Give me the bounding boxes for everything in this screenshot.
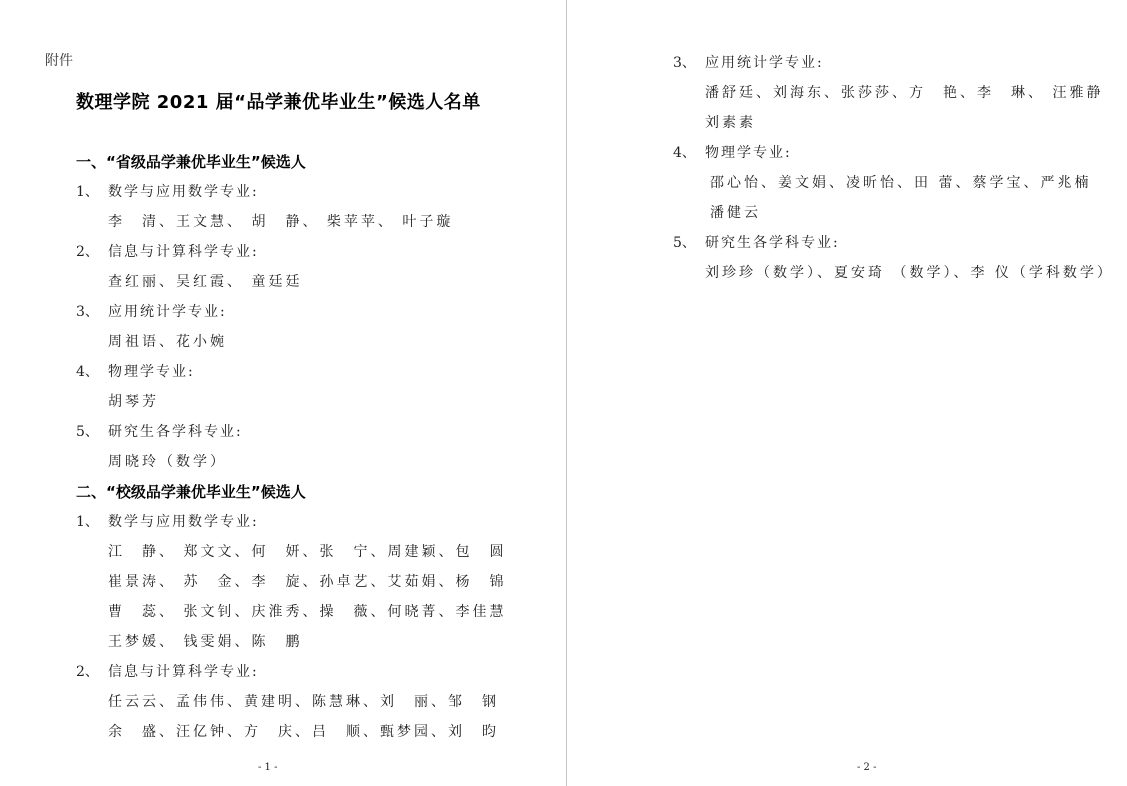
major-label: 物理学专业: bbox=[108, 361, 195, 381]
candidate-names: 潘健云 bbox=[710, 202, 761, 222]
group-number: 2、 bbox=[76, 241, 99, 261]
major-label: 信息与计算科学专业: bbox=[108, 241, 259, 261]
candidate-names: 周祖语、花小婉 bbox=[108, 331, 227, 351]
group-number: 5、 bbox=[76, 421, 99, 441]
candidate-names: 崔景涛、 苏 金、李 旋、孙卓艺、艾茹娟、杨 锦 bbox=[108, 571, 506, 591]
major-label: 数学与应用数学专业: bbox=[108, 511, 259, 531]
candidate-names: 周晓玲（数学） bbox=[108, 451, 227, 471]
major-label: 研究生各学科专业: bbox=[108, 421, 243, 441]
candidate-names: 刘素素 bbox=[705, 112, 756, 132]
document-page-1: 附件 数理学院 2021 届“品学兼优毕业生”候选人名单 一、“省级品学兼优毕业… bbox=[0, 0, 566, 786]
candidate-names: 刘珍珍（数学）、夏安琦 （数学）、李 仪（学科数学） bbox=[705, 262, 1114, 282]
major-label: 信息与计算科学专业: bbox=[108, 661, 259, 681]
major-label: 应用统计学专业: bbox=[705, 52, 824, 72]
candidate-names: 曹 蕊、 张文钊、庆淮秀、操 薇、何晓菁、李佳慧 bbox=[108, 601, 506, 621]
candidate-names: 余 盛、汪亿钟、方 庆、吕 顺、甄梦园、刘 昀 bbox=[108, 721, 499, 741]
group-number: 5、 bbox=[673, 232, 696, 252]
group-number: 1、 bbox=[76, 511, 99, 531]
section-heading-school: 二、“校级品学兼优毕业生”候选人 bbox=[76, 481, 306, 502]
major-label: 研究生各学科专业: bbox=[705, 232, 840, 252]
candidate-names: 潘舒廷、刘海东、张莎莎、方 艳、李 琳、 汪雅静 bbox=[705, 82, 1103, 102]
candidate-names: 任云云、孟伟伟、黄建明、陈慧琳、刘 丽、邹 钢 bbox=[108, 691, 499, 711]
page-number: - 1 - bbox=[258, 762, 277, 773]
group-number: 3、 bbox=[76, 301, 99, 321]
group-number: 4、 bbox=[673, 142, 696, 162]
group-number: 4、 bbox=[76, 361, 99, 381]
document-page-2: 3、 应用统计学专业: 潘舒廷、刘海东、张莎莎、方 艳、李 琳、 汪雅静 刘素素… bbox=[567, 0, 1127, 786]
annex-label: 附件 bbox=[45, 50, 73, 70]
candidate-names: 邵心怡、姜文娟、凌昕怡、田 蕾、蔡学宝、严兆楠 bbox=[710, 172, 1091, 192]
major-label: 应用统计学专业: bbox=[108, 301, 227, 321]
candidate-names: 查红丽、吴红霞、 童廷廷 bbox=[108, 271, 302, 291]
major-label: 物理学专业: bbox=[705, 142, 792, 162]
candidate-names: 胡琴芳 bbox=[108, 391, 159, 411]
group-number: 1、 bbox=[76, 181, 99, 201]
group-number: 3、 bbox=[673, 52, 696, 72]
document-title: 数理学院 2021 届“品学兼优毕业生”候选人名单 bbox=[76, 88, 481, 114]
candidate-names: 李 清、王文慧、 胡 静、 柴苹苹、 叶子璇 bbox=[108, 211, 453, 231]
major-label: 数学与应用数学专业: bbox=[108, 181, 259, 201]
group-number: 2、 bbox=[76, 661, 99, 681]
candidate-names: 江 静、 郑文文、何 妍、张 宁、周建颖、包 圆 bbox=[108, 541, 506, 561]
section-heading-provincial: 一、“省级品学兼优毕业生”候选人 bbox=[76, 151, 306, 172]
candidate-names: 王梦媛、 钱雯娟、陈 鹏 bbox=[108, 631, 302, 651]
page-number: - 2 - bbox=[857, 762, 876, 773]
